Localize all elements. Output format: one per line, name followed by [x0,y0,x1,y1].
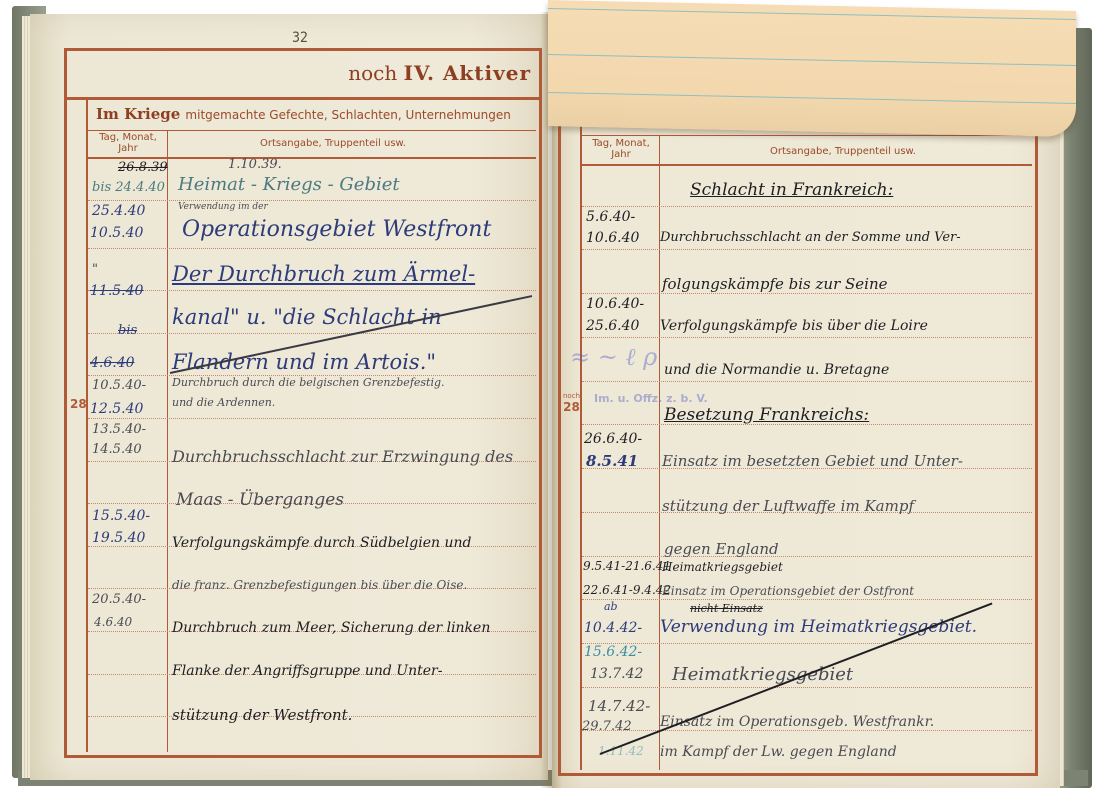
entry-text: Heimatkriegsgebiet [662,560,783,574]
entry-date: 10.5.40 [90,225,143,241]
left-table-title: Im Kriege mitgemachte Gefechte, Schlacht… [96,104,511,123]
entry-date: 26.6.40- [584,431,642,447]
dotted-rule [582,337,1032,338]
dotted-rule [582,643,1032,644]
entry-text: die franz. Grenzbefestigungen bis über d… [172,578,467,592]
folded-page-flap[interactable] [548,0,1076,137]
dotted-rule [582,249,1032,250]
dotted-rule [88,200,536,201]
entry-text: Der Durchbruch zum Ärmel- [172,262,475,286]
col-header-date: Tag, Monat, Jahr [90,132,166,154]
entry-text: und die Ardennen. [172,396,275,409]
dotted-rule [582,206,1032,207]
entry-date: 25.6.40 [586,318,639,334]
row-number: 28 [70,397,87,411]
entry-text: Durchbruchsschlacht an der Somme und Ver… [660,230,961,245]
entry-text: Maas - Überganges [176,490,344,510]
entry-text: Flanke der Angriffsgruppe und Unter- [172,663,442,679]
entry-date: 14.5.40 [92,442,142,457]
entry-date: 12.5.40 [90,401,143,417]
row-number: noch 28 [563,392,580,414]
dotted-rule [88,333,536,334]
flap-rule [548,8,1076,20]
entry-text: folgungskämpfe bis zur Seine [662,275,888,293]
entry-date: 4.6.40 [94,615,132,629]
outer-divider [580,99,582,770]
left-table [86,97,540,752]
rule [88,157,536,159]
entry-date: 10.6.40 [586,230,639,246]
entry-date: 19.5.40 [92,530,145,546]
entry-date: 26.8.39 [118,160,168,175]
dotted-rule [582,730,1032,731]
col-header-date: Tag, Monat, Jahr [584,138,658,160]
dotted-rule [88,290,536,291]
entry-date: 10.5.40- [92,378,146,393]
entry-text: nicht Einsatz [690,602,763,615]
entry-date: bis [118,323,137,338]
entry-date: 15.5.40- [92,508,150,524]
entry-text: Besetzung Frankreichs: [664,405,869,425]
entry-text: Einsatz im Operationsgebiet der Ostfront [662,584,914,598]
section-heading: noch IV. Aktiver [67,51,539,100]
section-prefix: noch [348,61,397,85]
entry-text: stützung der Westfront. [172,706,352,724]
office-stamp: Im. u. Offz. z. b. V. [594,392,708,405]
dotted-rule [88,248,536,249]
rule [582,135,1032,136]
entry-date: 13.7.42 [590,666,643,682]
section-name: IV. Aktiver [404,61,531,85]
signature-stamp: ≈ ~ ℓ ρ [570,343,657,372]
entry-text: Verfolgungskämpfe durch Südbelgien und [172,535,471,551]
entry-date: 22.6.41-9.4.42 [583,583,671,597]
entry-text: Operationsgebiet Westfront [182,217,491,242]
entry-date: 15.6.42- [584,644,642,660]
entry-date: 10.6.40- [586,296,644,312]
entry-text: Einsatz im Operationsgeb. Westfrankr. [660,714,934,730]
entry-text: Einsatz im besetzten Gebiet und Unter- [662,452,963,470]
dotted-rule [582,687,1032,688]
entry-date: 20.5.40- [92,592,146,607]
row-prefix: noch [563,392,580,400]
entry-text: Verwendung im der [178,202,268,212]
entry-date: ab [604,600,618,613]
entry-text: Durchbruch zum Meer, Sicherung der linke… [172,620,490,636]
dotted-rule [582,293,1032,294]
dotted-rule [582,556,1032,557]
dotted-rule [88,418,536,419]
dotted-rule [582,381,1032,382]
entry-date: 14.7.42- [588,697,650,715]
rule [88,130,536,131]
header-rest: mitgemachte Gefechte, Schlachten, Untern… [185,108,510,122]
col-header-place: Ortsangabe, Truppenteil usw. [260,138,406,149]
page-number: 32 [292,30,308,46]
column-divider [167,130,168,752]
entry-text: Durchbruch durch die belgischen Grenzbef… [172,376,445,389]
entry-date: " [92,262,98,277]
entry-date: 9.5.41-21.6.41 [583,559,671,573]
section-title: noch IV. Aktiver [348,61,531,85]
entry-date: 8.5.41 [586,452,638,470]
entry-text: Schlacht in Frankreich: [690,180,893,200]
entry-date: 25.4.40 [92,203,145,219]
entry-date: 4.6.40 [90,355,135,371]
flap-rule [548,54,1076,66]
entry-date: 11.5.40 [90,283,143,299]
entry-text: Durchbruchsschlacht zur Erzwingung des [172,447,513,466]
entry-date: 5.6.40- [586,209,635,225]
entry-date: 10.4.42- [584,620,642,636]
entry-text: und die Normandie u. Bretagne [664,362,889,378]
row-number-value: 28 [563,400,580,414]
entry-date: 13.5.40- [92,422,146,437]
entry-text: Verfolgungskämpfe bis über die Loire [660,318,928,334]
entry-text: gegen England [664,540,779,558]
dotted-rule [582,599,1032,600]
entry-text: im Kampf der Lw. gegen England [660,744,897,760]
entry-date: 1.10.39. [228,157,282,172]
entry-text: Heimat - Kriegs - Gebiet [178,174,400,195]
rule [582,164,1032,166]
entry-text: stützung der Luftwaffe im Kampf [662,497,914,515]
entry-text: kanal" u. "die Schlacht in [172,305,442,329]
col-header-place: Ortsangabe, Truppenteil usw. [770,146,916,157]
entry-date: bis 24.4.40 [92,180,165,195]
flap-rule [548,92,1076,104]
header-bold: Im Kriege [96,105,180,123]
entry-date: 29.7.42 [582,719,632,734]
